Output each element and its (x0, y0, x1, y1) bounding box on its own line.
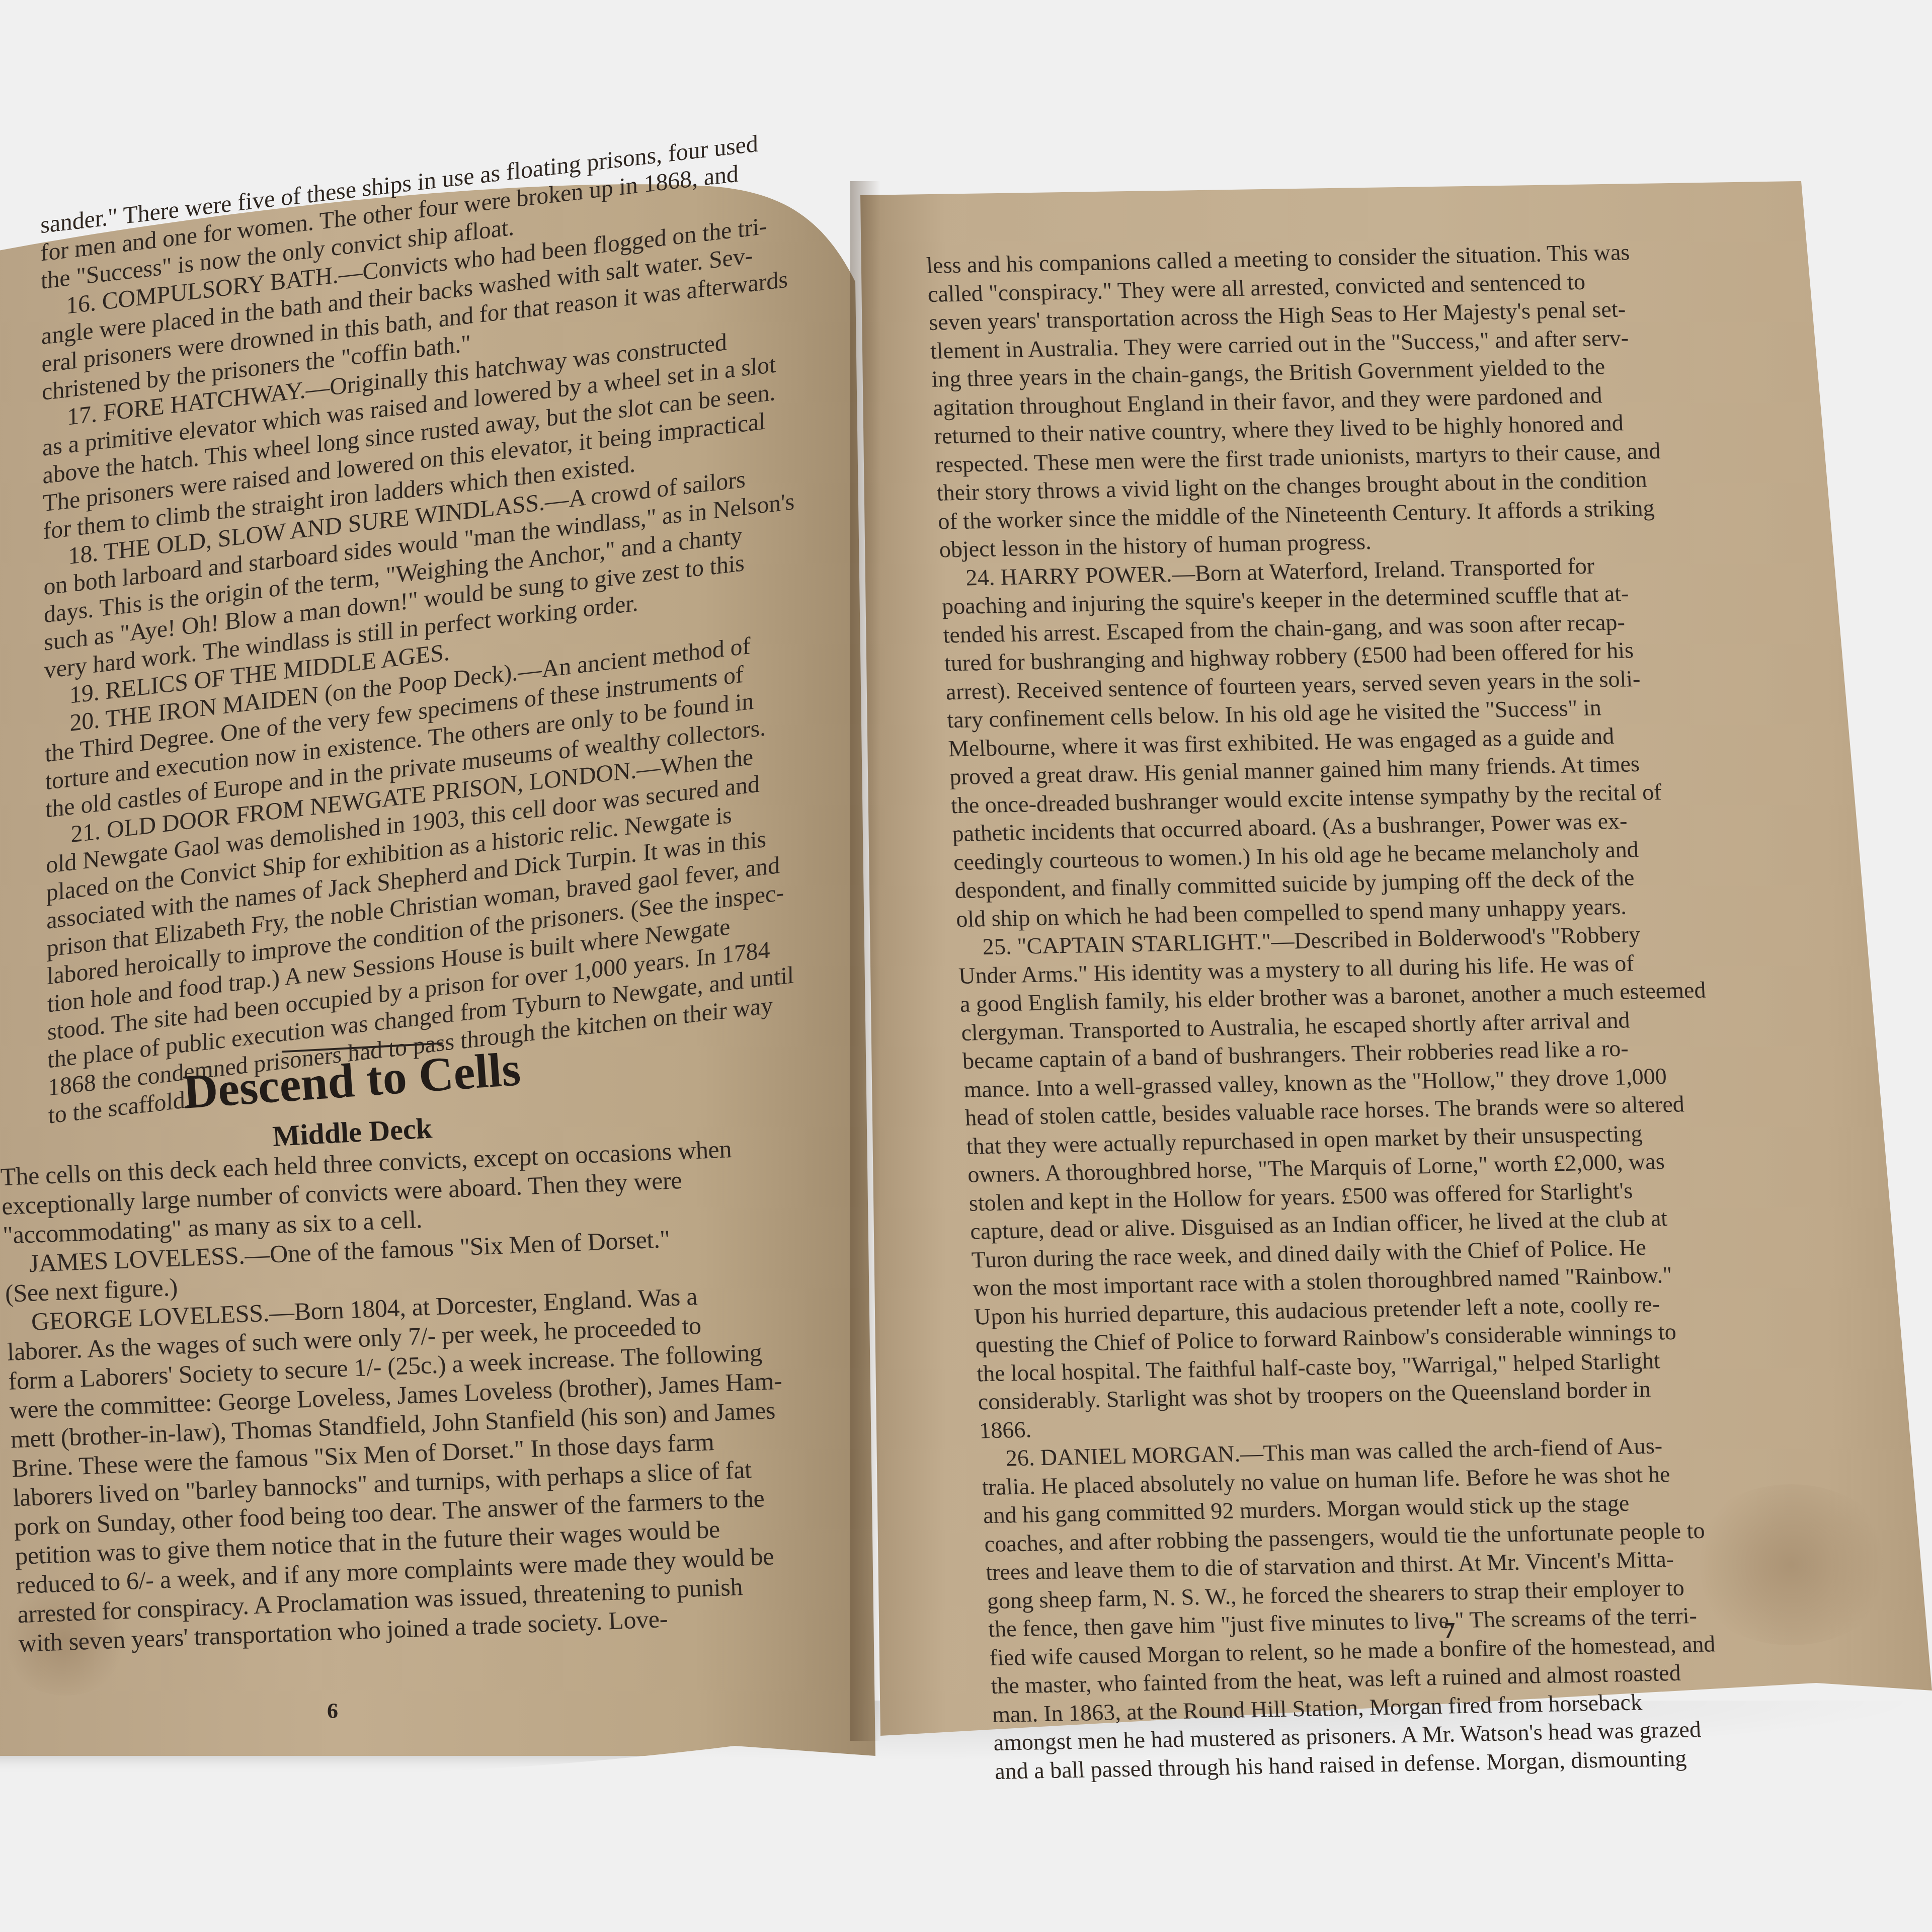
left-page-lower-text: The cells on this deck each held three c… (0, 1130, 864, 1658)
page-number-right: 7 (1444, 1618, 1455, 1643)
left-page-upper-text: sander." There were five of these ships … (40, 119, 858, 1130)
right-page-text: less and his companions called a meeting… (926, 233, 1926, 1785)
spine-gutter-shadow (850, 181, 880, 1741)
page-number-left: 6 (327, 1698, 338, 1724)
